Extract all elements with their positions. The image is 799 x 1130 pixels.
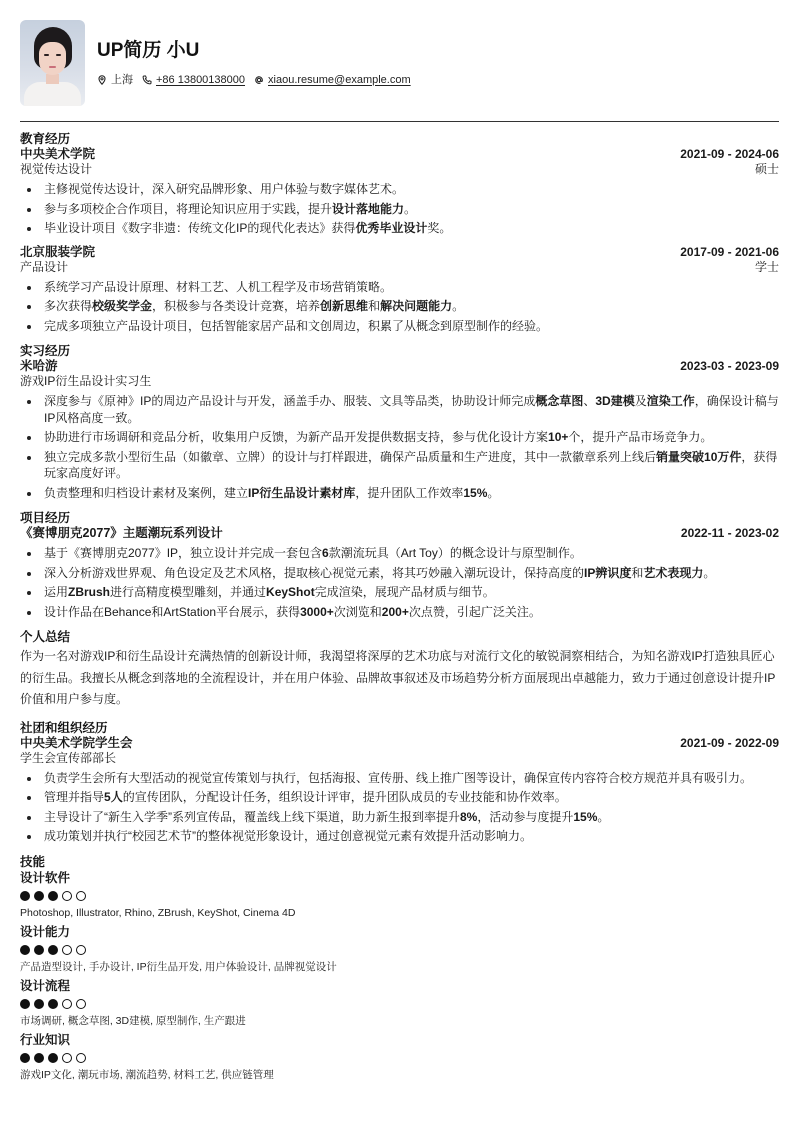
empty-dot-icon [76,891,86,901]
filled-dot-icon [20,1053,30,1063]
job-role: 游戏IP衍生品设计实习生 [20,374,151,389]
phone-link[interactable]: +86 13800138000 [156,72,245,89]
bullet-list: 基于《赛博朋克2077》IP，独立设计并完成一套包含6款潮流玩具（Art Toy… [20,545,779,620]
internship-entry: 米哈游 2023-03 - 2023-09 游戏IP衍生品设计实习生 深度参与《… [20,359,779,501]
filled-dot-icon [20,945,30,955]
empty-dot-icon [62,945,72,955]
candidate-name: UP简历 小U [97,38,415,64]
section-title-internship: 实习经历 [20,344,779,359]
header-info: UP简历 小U 上海 +86 13800138000 xiaou.resume@… [97,38,415,89]
filled-dot-icon [48,1053,58,1063]
bullet-item: 成功策划并执行“校园艺术节”的整体视觉形象设计，通过创意视觉元素有效提升活动影响… [20,828,779,845]
projects-section: 项目经历 《赛博朋克2077》主题潮玩系列设计 2022-11 - 2023-0… [20,511,779,620]
skill-description: 产品造型设计, 手办设计, IP衍生品开发, 用户体验设计, 品牌视觉设计 [20,960,779,974]
summary-section: 个人总结 作为一名对游戏IP和衍生品设计充满热情的创新设计师，我渴望将深厚的艺术… [20,630,779,711]
bullet-item: 负责整理和归档设计素材及案例，建立IP衍生品设计素材库，提升团队工作效率15%。 [20,485,779,502]
filled-dot-icon [48,945,58,955]
bullet-item: 基于《赛博朋克2077》IP，独立设计并完成一套包含6款潮流玩具（Art Toy… [20,545,779,562]
skill-item: 设计软件Photoshop, Illustrator, Rhino, ZBrus… [20,870,779,920]
bullet-item: 主导设计了“新生入学季”系列宣传品，覆盖线上线下渠道，助力新生报到率提升8%，活… [20,809,779,826]
section-title-education: 教育经历 [20,132,779,147]
bullet-list: 主修视觉传达设计，深入研究品牌形象、用户体验与数字媒体艺术。参与多项校企合作项目… [20,181,779,237]
skill-name: 设计软件 [20,870,779,886]
bullet-item: 完成多项独立产品设计项目，包括智能家居产品和文创周边，积累了从概念到原型制作的经… [20,318,779,335]
location-text: 上海 [111,72,133,89]
skill-level-rating [20,1053,779,1063]
skill-name: 设计能力 [20,924,779,940]
date-range: 2021-09 - 2022-09 [680,736,779,751]
section-title-summary: 个人总结 [20,630,779,645]
school-name: 北京服装学院 [20,245,95,260]
contact-location: 上海 [97,72,133,89]
degree: 学士 [755,260,779,275]
skill-level-rating [20,891,779,901]
filled-dot-icon [34,891,44,901]
skill-item: 设计流程市场调研, 概念草图, 3D建模, 原型制作, 生产跟进 [20,978,779,1028]
empty-dot-icon [76,999,86,1009]
education-section: 教育经历 中央美术学院 2021-09 - 2024-06 视觉传达设计 硕士 … [20,132,779,334]
education-entry: 北京服装学院 2017-09 - 2021-06 产品设计 学士 系统学习产品设… [20,245,779,335]
project-name: 《赛博朋克2077》主题潮玩系列设计 [20,526,223,541]
major: 视觉传达设计 [20,162,92,177]
date-range: 2017-09 - 2021-06 [680,245,779,260]
contact-row: 上海 +86 13800138000 xiaou.resume@example.… [97,72,415,89]
summary-text: 作为一名对游戏IP和衍生品设计充满热情的创新设计师，我渴望将深厚的艺术功底与对流… [20,646,779,711]
bullet-item: 管理并指导5人的宣传团队，分配设计任务，组织设计评审，提升团队成员的专业技能和协… [20,789,779,806]
skill-name: 设计流程 [20,978,779,994]
filled-dot-icon [34,945,44,955]
degree: 硕士 [755,162,779,177]
empty-dot-icon [76,945,86,955]
organization-role: 学生会宣传部部长 [20,751,116,766]
header-divider [20,121,779,122]
skill-description: 市场调研, 概念草图, 3D建模, 原型制作, 生产跟进 [20,1014,779,1028]
skill-level-rating [20,999,779,1009]
date-range: 2022-11 - 2023-02 [681,526,779,541]
project-entry: 《赛博朋克2077》主题潮玩系列设计 2022-11 - 2023-02 基于《… [20,526,779,620]
empty-dot-icon [62,891,72,901]
section-title-skills: 技能 [20,855,779,870]
phone-icon [142,75,152,85]
bullet-item: 独立完成多款小型衍生品（如徽章、立牌）的设计与打样跟进，确保产品质量和生产进度，… [20,449,779,482]
filled-dot-icon [34,999,44,1009]
bullet-item: 毕业设计项目《数字非遗：传统文化IP的现代化表达》获得优秀毕业设计奖。 [20,220,779,237]
filled-dot-icon [48,999,58,1009]
empty-dot-icon [62,1053,72,1063]
bullet-item: 负责学生会所有大型活动的视觉宣传策划与执行，包括海报、宣传册、线上推广图等设计，… [20,770,779,787]
bullet-item: 主修视觉传达设计，深入研究品牌形象、用户体验与数字媒体艺术。 [20,181,779,198]
resume-page: UP简历 小U 上海 +86 13800138000 xiaou.resume@… [20,20,779,1092]
empty-dot-icon [62,999,72,1009]
bullet-item: 深入分析游戏世界观、角色设定及艺术风格，提取核心视觉元素，将其巧妙融入潮玩设计，… [20,565,779,582]
filled-dot-icon [20,891,30,901]
skill-description: 游戏IP文化, 潮玩市场, 潮流趋势, 材料工艺, 供应链管理 [20,1068,779,1082]
skill-level-rating [20,945,779,955]
skill-name: 行业知识 [20,1032,779,1048]
bullet-list: 负责学生会所有大型活动的视觉宣传策划与执行，包括海报、宣传册、线上推广图等设计，… [20,770,779,845]
contact-email[interactable]: xiaou.resume@example.com [254,72,411,89]
bullet-item: 参与多项校企合作项目，将理论知识应用于实践，提升设计落地能力。 [20,201,779,218]
internship-section: 实习经历 米哈游 2023-03 - 2023-09 游戏IP衍生品设计实习生 … [20,344,779,501]
organization-name: 中央美术学院学生会 [20,736,133,751]
major: 产品设计 [20,260,68,275]
skill-item: 设计能力产品造型设计, 手办设计, IP衍生品开发, 用户体验设计, 品牌视觉设… [20,924,779,974]
skill-description: Photoshop, Illustrator, Rhino, ZBrush, K… [20,906,779,920]
bullet-item: 多次获得校级奖学金，积极参与各类设计竞赛，培养创新思维和解决问题能力。 [20,298,779,315]
date-range: 2023-03 - 2023-09 [680,359,779,374]
section-title-projects: 项目经历 [20,511,779,526]
contact-phone[interactable]: +86 13800138000 [142,72,245,89]
education-entry: 中央美术学院 2021-09 - 2024-06 视觉传达设计 硕士 主修视觉传… [20,147,779,237]
bullet-item: 深度参与《原神》IP的周边产品设计与开发，涵盖手办、服装、文具等品类，协助设计师… [20,393,779,426]
date-range: 2021-09 - 2024-06 [680,147,779,162]
at-sign-icon [254,75,264,85]
company-name: 米哈游 [20,359,58,374]
resume-header: UP简历 小U 上海 +86 13800138000 xiaou.resume@… [20,20,779,106]
bullet-item: 系统学习产品设计原理、材料工艺、人机工程学及市场营销策略。 [20,279,779,296]
organization-entry: 中央美术学院学生会 2021-09 - 2022-09 学生会宣传部部长 负责学… [20,736,779,845]
filled-dot-icon [20,999,30,1009]
bullet-item: 协助进行市场调研和竞品分析，收集用户反馈，为新产品开发提供数据支持，参与优化设计… [20,429,779,446]
section-title-organizations: 社团和组织经历 [20,721,779,736]
bullet-list: 系统学习产品设计原理、材料工艺、人机工程学及市场营销策略。多次获得校级奖学金，积… [20,279,779,335]
skills-list: 设计软件Photoshop, Illustrator, Rhino, ZBrus… [20,870,779,1082]
bullet-item: 设计作品在Behance和ArtStation平台展示，获得3000+次浏览和2… [20,604,779,621]
email-link[interactable]: xiaou.resume@example.com [268,72,411,89]
organizations-section: 社团和组织经历 中央美术学院学生会 2021-09 - 2022-09 学生会宣… [20,721,779,845]
bullet-item: 运用ZBrush进行高精度模型雕刻，并通过KeyShot完成渲染，展现产品材质与… [20,584,779,601]
empty-dot-icon [76,1053,86,1063]
school-name: 中央美术学院 [20,147,95,162]
location-pin-icon [97,75,107,85]
profile-photo [20,20,85,106]
filled-dot-icon [48,891,58,901]
skill-item: 行业知识游戏IP文化, 潮玩市场, 潮流趋势, 材料工艺, 供应链管理 [20,1032,779,1082]
filled-dot-icon [34,1053,44,1063]
skills-section: 技能 设计软件Photoshop, Illustrator, Rhino, ZB… [20,855,779,1082]
bullet-list: 深度参与《原神》IP的周边产品设计与开发，涵盖手办、服装、文具等品类，协助设计师… [20,393,779,501]
